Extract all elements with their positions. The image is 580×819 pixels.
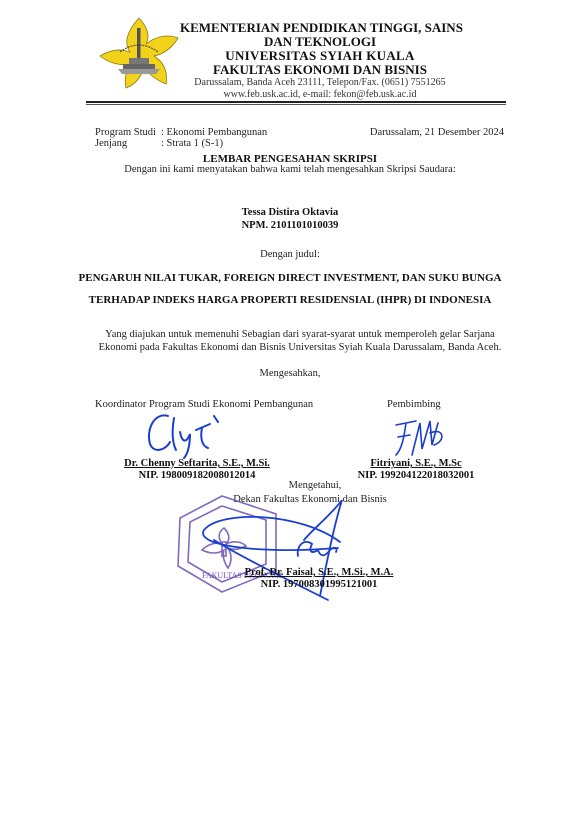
thesis-title-line1: PENGARUH NILAI TUKAR, FOREIGN DIRECT INV… [0,267,580,289]
intro-text: Dengan ini kami menyatakan bahwa kami te… [0,164,580,175]
letterhead-rule-thin [86,104,506,105]
level-label: Jenjang [95,138,127,149]
supervisor-nip: NIP. 199204122018032001 [356,470,476,481]
coordinator-role: Koordinator Program Studi Ekonomi Pemban… [95,399,313,410]
coordinator-nip: NIP. 198009182008012014 [117,470,277,481]
thesis-title-line2: TERHADAP INDEKS HARGA PROPERTI RESIDENSI… [0,289,580,311]
title-label: Dengan judul: [0,249,580,260]
coordinator-signature-icon [140,410,230,460]
purpose-line1: Yang diajukan untuk memenuhi Sebagian da… [0,328,580,341]
ministry-name-line1: KEMENTERIAN PENDIDIKAN TINGGI, SAINS [180,21,460,35]
approved-label: Mengesahkan, [0,368,580,379]
coordinator-name: Dr. Chenny Seftarita, S.E., M.Si. [117,458,277,469]
purpose-line2: Ekonomi pada Fakultas Ekonomi dan Bisnis… [0,341,580,354]
student-npm: NPM. 2101101010039 [0,219,580,232]
supervisor-name: Fitriyani, S.E., M.Sc [356,458,476,469]
program-info: Program Studi : Ekonomi Pembangunan Jenj… [95,127,315,151]
student-name: Tessa Distira Oktavia [0,206,580,219]
thesis-title: PENGARUH NILAI TUKAR, FOREIGN DIRECT INV… [0,267,580,311]
level-value: : Strata 1 (S-1) [161,138,223,149]
program-value: : Ekonomi Pembangunan [161,127,267,138]
supervisor-signature-icon [390,415,450,461]
place-date: Darussalam, 21 Desember 2024 [370,127,504,138]
acknowledged-label: Mengetahui, [260,480,370,491]
faculty-address: Darussalam, Banda Aceh 23111, Telepon/Fa… [180,77,460,89]
university-logo-icon [96,14,182,92]
university-name: UNIVERSITAS SYIAH KUALA [180,49,460,63]
letterhead: KEMENTERIAN PENDIDIKAN TINGGI, SAINS DAN… [180,21,460,101]
faculty-name: FAKULTAS EKONOMI DAN BISNIS [180,63,460,77]
program-label: Program Studi [95,127,156,138]
dean-nip: NIP. 197008301995121001 [214,579,424,590]
dean-name: Prof. Dr. Faisal, S.E., M.Si., M.A. [214,567,424,578]
supervisor-role: Pembimbing [387,399,441,410]
letterhead-rule [86,101,506,103]
student-info: Tessa Distira Oktavia NPM. 2101101010039 [0,206,580,232]
faculty-web-email: www.feb.usk.ac.id, e-mail: fekon@feb.usk… [180,89,460,101]
purpose-text: Yang diajukan untuk memenuhi Sebagian da… [0,328,580,354]
ministry-name-line2: DAN TEKNOLOGI [180,35,460,49]
